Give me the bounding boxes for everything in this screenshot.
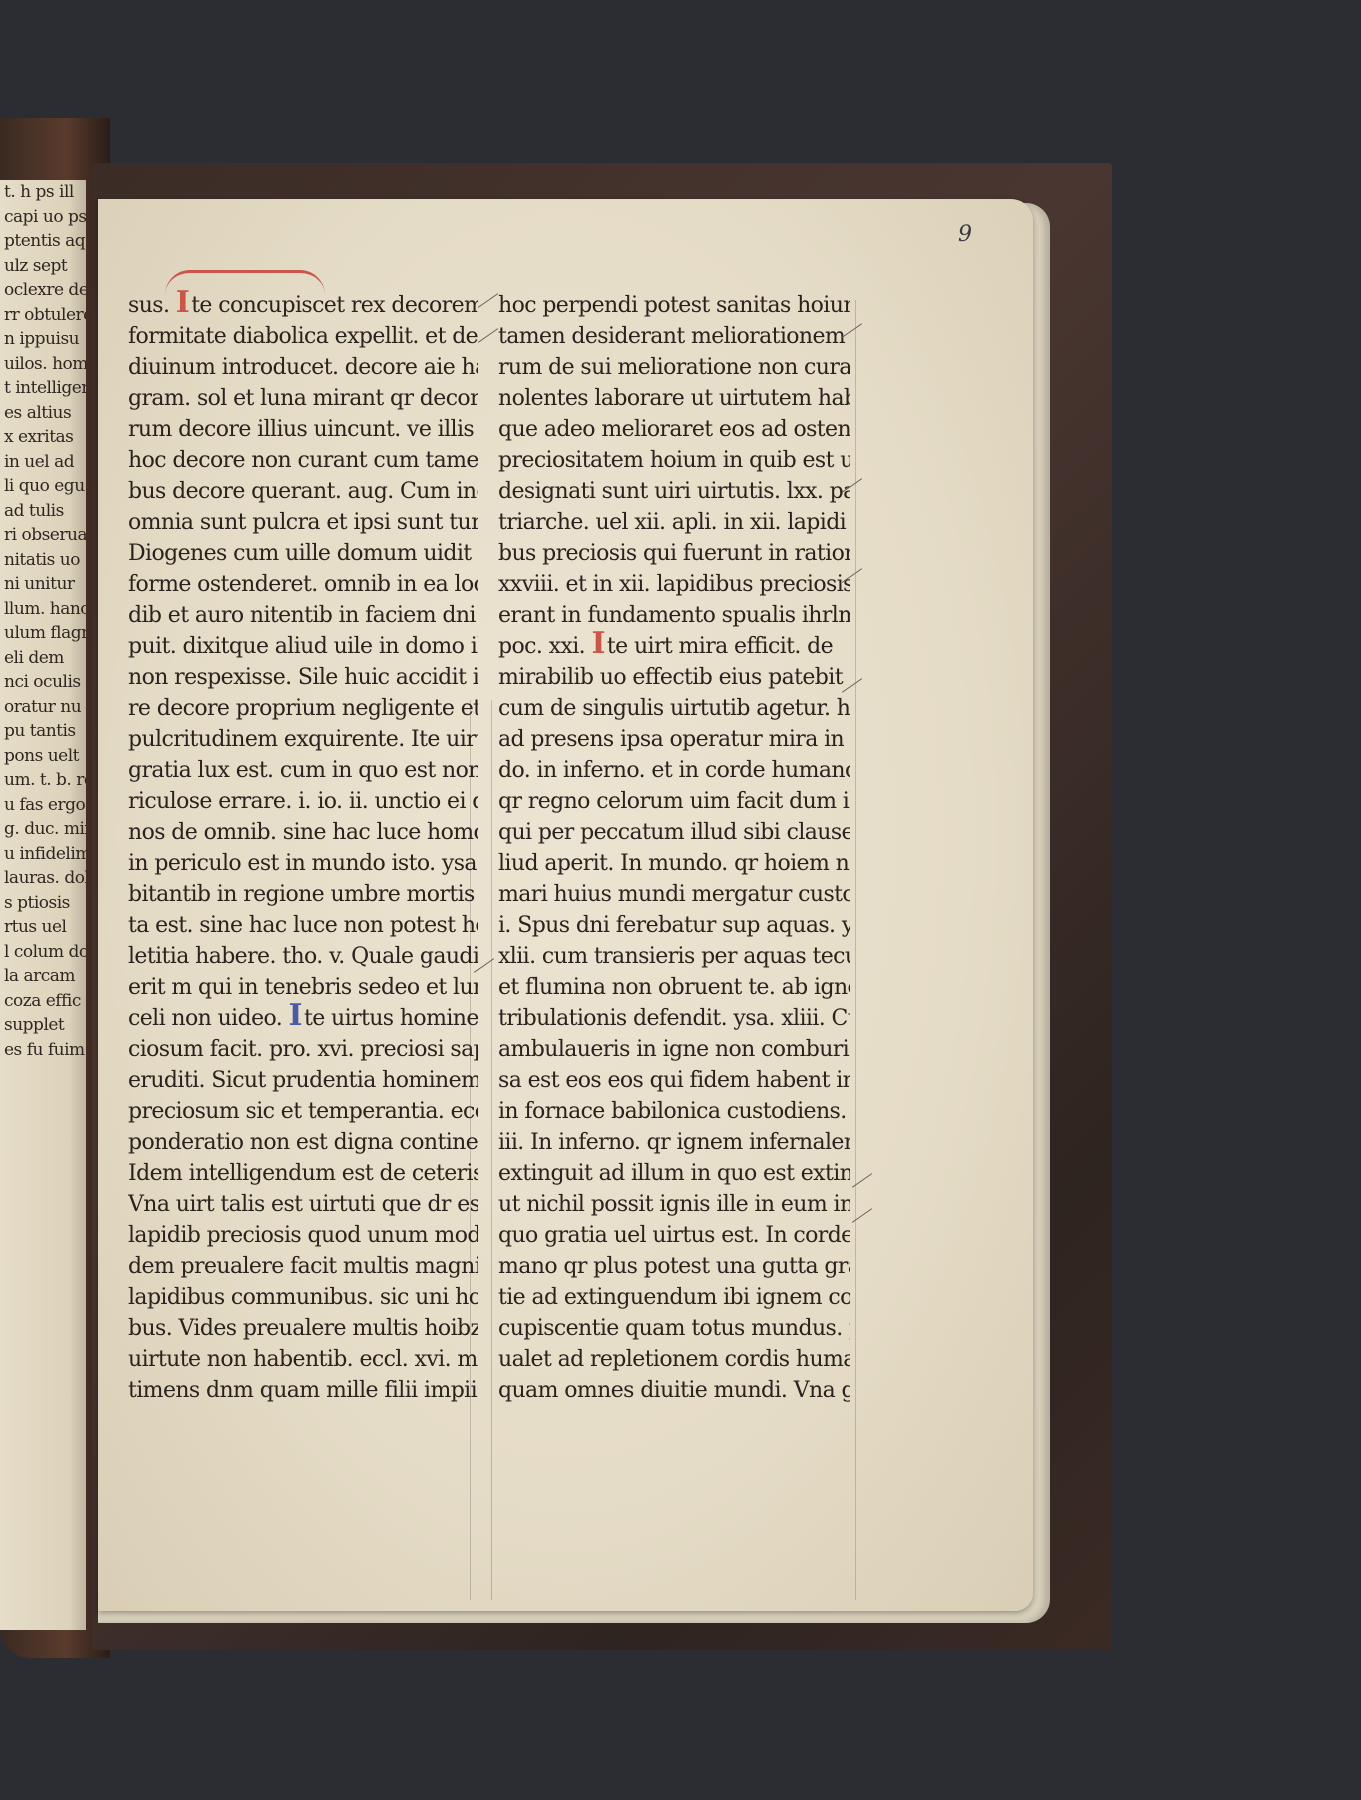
text-line: liud aperit. In mundo. qr hoiem ne i [498,848,850,879]
text-line: uirtute non habentib. eccl. xvi. melior … [128,1344,478,1375]
text-line: forme ostenderet. omnib in ea locis lapi [128,569,478,600]
text-line: celi non uideo. Ite uirtus hominem p [128,1003,478,1034]
text-line: in periculo est in mundo isto. ysa. ix. … [128,848,478,879]
text-line: Diogenes cum uille domum uidit hos opes [128,538,478,569]
text-line: in uel ad [0,450,86,475]
text-line: quo gratia uel uirtus est. In corde non … [498,1220,850,1251]
text-line: qr regno celorum uim facit dum illis [498,786,850,817]
text-line: bus decore querant. aug. Cum inquit [128,476,478,507]
text-line: tamen desiderant meliorationem suam re [498,321,850,352]
text-line: rr obtulere [0,303,86,328]
text-line: iii. In inferno. qr ignem infernalem [498,1127,850,1158]
text-line: sus. Ite concupiscet rex decorem tu gra … [128,290,478,321]
text-line: l colum dol [0,940,86,965]
text-line: supplet [0,1013,86,1038]
text-line: rtus uel [0,915,86,940]
text-line: Vna uirt talis est uirtuti que dr est in [128,1189,478,1220]
text-line: ciosum facit. pro. xvi. preciosi sapie u… [128,1034,478,1065]
text-line: lapidibus communibus. sic uni hos uirtut… [128,1282,478,1313]
text-line: lapidib preciosis quod unum modicum lapi [128,1220,478,1251]
text-line: preciositatem hoium in quib est uirtus [498,445,850,476]
text-line: s ptiosis [0,891,86,916]
text-line: pulcritudinem exquirente. Ite uirtus ul [128,724,478,755]
text-line: coza effic [0,989,86,1014]
text-line: x exritas [0,425,86,450]
text-line: eli dem [0,646,86,671]
text-line: ulum flagr [0,621,86,646]
text-line: hoc perpendi potest sanitas hoium qui [498,290,850,321]
text-line: extinguit ad illum in quo est extinguitu… [498,1158,850,1189]
text-line: ta est. sine hac luce non potest hoc uer… [128,910,478,941]
text-line: es fu fuim [0,1038,86,1063]
text-line: rum decore illius uincunt. ve illis qui … [128,414,478,445]
text-line: xxviii. et in xii. lapidibus preciosis q… [498,569,850,600]
text-line: Idem intelligendum est de ceteris uirtut… [128,1158,478,1189]
text-line: nolentes laborare ut uirtutem habeant [498,383,850,414]
text-line: t. h ps ill [0,180,86,205]
text-line: riculose errare. i. io. ii. unctio ei do… [128,786,478,817]
text-line: g. duc. min [0,817,86,842]
text-line: dib et auro nitentib in faciem dni ex [128,600,478,631]
text-column-right: hoc perpendi potest sanitas hoium quitam… [498,290,850,1406]
text-line: qui per peccatum illud sibi clauserant a [498,817,850,848]
text-line: nitatis uo [0,548,86,573]
text-line: n ippuisu [0,327,86,352]
text-line: ri obserua [0,523,86,548]
text-line: puit. dixitque aliud uile in domo illa [128,631,478,662]
text-line: pons uelt [0,744,86,769]
text-line: oclexre de [0,278,86,303]
text-line: bitantib in regione umbre mortis lux or [128,879,478,910]
text-line: i. Spus dni ferebatur sup aquas. ysa. [498,910,850,941]
text-line: rum de sui melioratione non curantes [498,352,850,383]
text-line: quam omnes diuitie mundi. Vna gut [498,1375,850,1406]
ruling-line [855,300,856,1600]
text-line: oratur nu [0,695,86,720]
text-line: gram. sol et luna mirant qr decor illo [128,383,478,414]
text-line: omnia sunt pulcra et ipsi sunt turpes. [128,507,478,538]
text-line: poc. xxi. Ite uirt mira efficit. de [498,631,850,662]
text-line: dem preualere facit multis magnis [128,1251,478,1282]
text-line: mari huius mundi mergatur custodit. gen. [498,879,850,910]
text-line: ptentis aq [0,229,86,254]
folio-number: 9 [958,222,972,247]
text-line: um. t. b. re [0,768,86,793]
text-line: tie ad extinguendum ibi ignem con [498,1282,850,1313]
text-line: u infidelim [0,842,86,867]
text-line: erant in fundamento spualis ihrlm. a [498,600,850,631]
text-line: ad tulis [0,499,86,524]
text-line: nci oculis [0,670,86,695]
text-line: preciosum sic et temperantia. eccl. xxvi… [128,1096,478,1127]
text-line: nos de omnib. sine hac luce homo [128,817,478,848]
text-line: ut nichil possit ignis ille in eum in [498,1189,850,1220]
text-line: mirabilib uo effectib eius patebit [498,662,850,693]
text-line: in fornace babilonica custodiens. dani. [498,1096,850,1127]
text-line: la arcam [0,964,86,989]
text-line: do. in inferno. et in corde humano. In c… [498,755,850,786]
text-line: ualet ad repletionem cordis humani [498,1344,850,1375]
text-line: capi uo ps [0,205,86,230]
text-line: triarche. uel xii. apli. in xii. lapidi [498,507,850,538]
text-line: u fas ergo [0,793,86,818]
rubricated-initial: I [591,632,604,656]
text-line: xlii. cum transieris per aquas tecum ero… [498,941,850,972]
text-line: letitia habere. tho. v. Quale gaudium [128,941,478,972]
text-line: ad presens ipsa operatur mira in celo. i… [498,724,850,755]
text-line: ni unitur [0,572,86,597]
rubricated-initial: I [289,1004,302,1028]
text-line: et flumina non obruent te. ab igne et [498,972,850,1003]
text-line: bus. Vides preualere multis hoibz in [128,1313,478,1344]
text-line: t intelligen [0,376,86,401]
text-line: gratia lux est. cum in quo est non sinen… [128,755,478,786]
text-line: cupiscentie quam totus mundus. plus et [498,1313,850,1344]
text-line: uilos. hom [0,352,86,377]
text-line: diuinum introducet. decore aie habitis [128,352,478,383]
ruling-line [491,700,492,1600]
text-column-left: sus. Ite concupiscet rex decorem tu gra … [128,290,478,1406]
text-line: cum de singulis uirtutib agetur. hic qua… [498,693,850,724]
text-line: llum. hanc [0,597,86,622]
text-line: formitate diabolica expellit. et decore [128,321,478,352]
text-line: pu tantis [0,719,86,744]
facing-page-left: t. h ps illcapi uo psptentis aqulz septo… [0,180,86,1630]
text-line: que adeo melioraret eos ad ostendenda [498,414,850,445]
text-line: ponderatio non est digna continentis aie… [128,1127,478,1158]
text-line: mano qr plus potest una gutta gra [498,1251,850,1282]
text-line: sa est eos eos qui fidem habent intrauit [498,1065,850,1096]
text-line: hoc decore non curant cum tamen in omnib [128,445,478,476]
text-line: lauras. dol [0,866,86,891]
text-line: tribulationis defendit. ysa. xliii. Cum [498,1003,850,1034]
text-line: erit m qui in tenebris sedeo et lum [128,972,478,1003]
text-line: timens dnm quam mille filii impii. ex [128,1375,478,1406]
rubricated-initial: I [176,291,189,315]
text-line: ulz sept [0,254,86,279]
text-line: re decore proprium negligente et in alii… [128,693,478,724]
text-line: non respexisse. Sile huic accidit in pro [128,662,478,693]
text-line: es altius [0,401,86,426]
text-line: designati sunt uiri uirtutis. lxx. pa [498,476,850,507]
text-line: bus preciosis qui fuerunt in rationali. … [498,538,850,569]
text-line: eruditi. Sicut prudentia hominem reddit [128,1065,478,1096]
text-line: li quo egu [0,474,86,499]
text-line: ambulaueris in igne non comburieris. ap [498,1034,850,1065]
